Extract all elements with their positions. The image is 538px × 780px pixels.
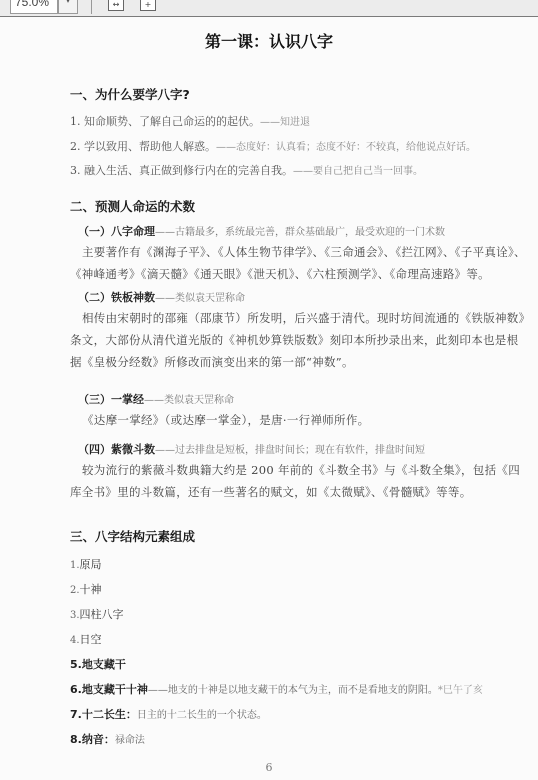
list-item: 6.地支藏干十神——地支的十神是以地支藏干的本气为主，而不是看地支的阴阳。*巳午… bbox=[70, 681, 483, 697]
paragraph: 较为流行的紫薇斗数典籍大约是 200 年前的《斗数全书》与《斗数全集》，包括《四… bbox=[70, 459, 528, 503]
subsection-heading: （二）铁板神数——类似袁天罡称命 bbox=[78, 289, 245, 305]
item-label: 地支藏干 bbox=[82, 658, 126, 671]
item-number: 1. bbox=[70, 560, 80, 571]
item-number: 8. bbox=[70, 733, 82, 746]
list-item: 3. 融入生活、真正做到修行内在的完善自我。——要自己把自己当一回事。 bbox=[70, 162, 423, 178]
item-note: 日主的十二长生的一个状态。 bbox=[137, 710, 267, 721]
paragraph: 主要著作有《渊海子平》、《人体生物节律学》、《三命通会》、《拦江网》、《子平真诠… bbox=[70, 241, 528, 285]
item-number: 3. bbox=[70, 610, 80, 621]
subsection-heading: （四）紫微斗数——过去排盘是短板，排盘时间长；现在有软件，排盘时间短 bbox=[78, 441, 425, 457]
item-label: 四柱八字 bbox=[80, 608, 124, 621]
subsection-note: ——类似袁天罡称命 bbox=[155, 293, 245, 304]
list-item: 2. 学以致用、帮助他人解惑。——态度好：认真看；态度不好：不较真，给他说点好话… bbox=[70, 138, 476, 154]
subsection-note: ——古籍最多，系统最完善，群众基础最广，最受欢迎的一门术数 bbox=[155, 227, 445, 238]
list-item: 1.原局 bbox=[70, 556, 102, 572]
item-label: 日空 bbox=[80, 633, 102, 646]
list-item: 1. 知命顺势、了解自己命运的的起伏。——知进退 bbox=[70, 113, 310, 129]
item-number: 2. bbox=[70, 585, 80, 596]
subsection-label: （四）紫微斗数 bbox=[78, 443, 155, 456]
toolbar-separator bbox=[91, 0, 92, 14]
item-label: 十二长生： bbox=[82, 708, 137, 721]
item-extra: *巳午了亥 bbox=[438, 685, 483, 696]
item-label: 纳音： bbox=[82, 733, 115, 746]
item-note: ——知进退 bbox=[260, 117, 310, 128]
page-title: 第一课：认识八字 bbox=[0, 29, 538, 52]
viewer-toolbar: 75.0% ▾ ↔ + bbox=[0, 0, 538, 17]
item-note: ——态度好：认真看；态度不好：不较真，给他说点好话。 bbox=[216, 142, 476, 153]
item-note: 禄命法 bbox=[115, 735, 145, 746]
fit-page-icon[interactable]: + bbox=[140, 0, 156, 11]
subsection-heading: （三）一掌经——类似袁天罡称命 bbox=[78, 391, 234, 407]
list-item: 3.四柱八字 bbox=[70, 606, 124, 622]
item-number: 4. bbox=[70, 635, 80, 646]
item-number: 6. bbox=[70, 683, 82, 696]
section-heading-1: 一、为什么要学八字? bbox=[70, 85, 190, 103]
zoom-dropdown-button[interactable]: ▾ bbox=[58, 0, 78, 14]
item-note: ——地支的十神是以地支藏干的本气为主，而不是看地支的阴阳。 bbox=[148, 685, 438, 696]
subsection-note: ——过去排盘是短板，排盘时间长；现在有软件，排盘时间短 bbox=[155, 445, 425, 456]
item-label: 原局 bbox=[80, 558, 102, 571]
document-page: 第一课：认识八字 一、为什么要学八字? 1. 知命顺势、了解自己命运的的起伏。—… bbox=[0, 17, 538, 780]
item-text: 1. 知命顺势、了解自己命运的的起伏。 bbox=[70, 115, 260, 128]
item-number: 5. bbox=[70, 658, 82, 671]
item-label: 地支藏干十神 bbox=[82, 683, 148, 696]
subsection-label: （三）一掌经 bbox=[78, 393, 144, 406]
zoom-level-input[interactable]: 75.0% bbox=[10, 0, 58, 14]
item-label: 十神 bbox=[80, 583, 102, 596]
subsection-heading: （一）八字命理——古籍最多，系统最完善，群众基础最广，最受欢迎的一门术数 bbox=[78, 223, 445, 239]
list-item: 4.日空 bbox=[70, 631, 102, 647]
subsection-label: （二）铁板神数 bbox=[78, 291, 155, 304]
paragraph: 《达摩一掌经》（或达摩一掌金），是唐·一行禅师所作。 bbox=[70, 409, 528, 431]
list-item: 5.地支藏干 bbox=[70, 656, 126, 672]
list-item: 2.十神 bbox=[70, 581, 102, 597]
item-text: 3. 融入生活、真正做到修行内在的完善自我。 bbox=[70, 164, 293, 177]
list-item: 8.纳音：禄命法 bbox=[70, 731, 145, 747]
subsection-note: ——类似袁天罡称命 bbox=[144, 395, 234, 406]
subsection-label: （一）八字命理 bbox=[78, 225, 155, 238]
page-number: 6 bbox=[0, 761, 538, 774]
item-text: 2. 学以致用、帮助他人解惑。 bbox=[70, 140, 216, 153]
paragraph: 相传由宋朝时的邵雍（邵康节）所发明，后兴盛于清代。现时坊间流通的《铁版神数》条文… bbox=[70, 307, 528, 373]
section-heading-3: 三、八字结构元素组成 bbox=[70, 527, 195, 545]
item-note: ——要自己把自己当一回事。 bbox=[293, 166, 423, 177]
list-item: 7.十二长生：日主的十二长生的一个状态。 bbox=[70, 706, 267, 722]
section-heading-2: 二、预测人命运的术数 bbox=[70, 197, 195, 215]
item-number: 7. bbox=[70, 708, 82, 721]
fit-width-icon[interactable]: ↔ bbox=[108, 0, 124, 11]
